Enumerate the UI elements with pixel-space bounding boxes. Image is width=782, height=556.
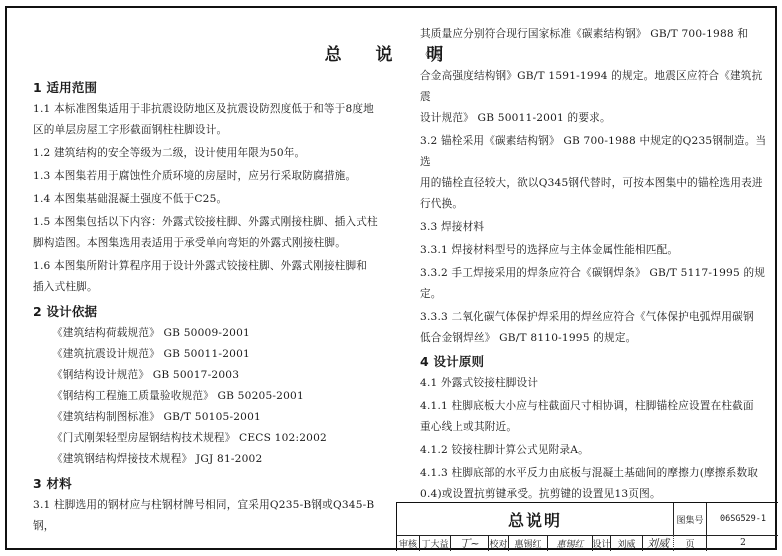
paragraph: 其质量应分别符合现行国家标准《碳素结构钢》 GB/T 700-1988 和《低 [420,24,768,66]
atlas-no: 06SG529-1 [707,503,779,535]
checker-signature: 惠锡红 [548,535,593,551]
checker-name: 惠锡红 [509,535,548,551]
reference-item: 《建筑结构制图标准》 GB/T 50105-2001 [33,407,393,428]
designer-name: 刘威 [611,535,643,551]
paragraph: 3.3.3 二氧化碳气体保护焊采用的焊丝应符合《气体保护电弧焊用碳钢 [420,307,768,328]
paragraph: 1.3 本图集若用于腐蚀性介质环境的房屋时，应另行采取防腐措施。 [33,166,393,187]
designer-signature: 刘威 [643,535,674,551]
section-heading-3: 3 材料 [33,473,393,495]
paragraph: 重心线上或其附近。 [420,417,768,438]
atlas-no-label: 图集号 [674,503,707,535]
right-column: 其质量应分别符合现行国家标准《碳素结构钢》 GB/T 700-1988 和《低 … [420,24,768,505]
checker-label: 校对 [489,535,509,551]
paragraph: 1.5 本图集包括以下内容：外露式铰接柱脚、外露式刚接柱脚、插入式柱 [33,212,393,233]
reference-item: 《钢结构设计规范》 GB 50017-2003 [33,365,393,386]
paragraph: 1.1 本标准图集适用于非抗震设防地区及抗震设防烈度低于和等于8度地 [33,99,393,120]
paragraph: 1.4 本图集基础混凝土强度不低于C25。 [33,189,393,210]
paragraph: 4.1.2 铰接柱脚计算公式见附录A。 [420,440,768,461]
paragraph: 插入式柱脚。 [33,277,393,298]
paragraph: 3.3.2 手工焊接采用的焊条应符合《碳钢焊条》 GB/T 5117-1995 … [420,263,768,284]
paragraph: 3.3.1 焊接材料型号的选择应与主体金属性能相匹配。 [420,240,768,261]
paragraph: 1.6 本图集所附计算程序用于设计外露式铰接柱脚、外露式刚接柱脚和 [33,256,393,277]
left-column: 1 适用范围 1.1 本标准图集适用于非抗震设防地区及抗震设防烈度低于和等于8度… [33,76,393,537]
section-heading-2: 2 设计依据 [33,301,393,323]
paragraph: 3.1 柱脚选用的钢材应与柱钢材牌号相同，宜采用Q235-B钢或Q345-B钢， [33,495,393,537]
reference-item: 《建筑结构荷载规范》 GB 50009-2001 [33,323,393,344]
section-heading-1: 1 适用范围 [33,77,393,99]
reference-item: 《钢结构工程施工质量验收规范》 GB 50205-2001 [33,386,393,407]
paragraph: 定。 [420,284,768,305]
paragraph: 低合金钢焊丝》 GB/T 8110-1995 的规定。 [420,328,768,349]
paragraph: 行代换。 [420,194,768,215]
paragraph: 1.2 建筑结构的安全等级为二级，设计使用年限为50年。 [33,143,393,164]
reference-item: 《建筑抗震设计规范》 GB 50011-2001 [33,344,393,365]
reviewer-label: 审核 [397,535,420,551]
paragraph: 脚构造图。本图集选用表适用于承受单向弯矩的外露式刚接柱脚。 [33,233,393,254]
paragraph: 用的锚栓直径较大，欲以Q345钢代替时，可按本图集中的锚栓选用表进 [420,173,768,194]
paragraph: 4.1.3 柱脚底部的水平反力由底板与混凝土基础间的摩擦力(摩擦系数取 [420,463,768,484]
reviewer-name: 丁大益 [420,535,451,551]
page-number: 2 [707,535,779,551]
paragraph: 3.3 焊接材料 [420,217,768,238]
designer-label: 设计 [593,535,611,551]
section-heading-4: 4 设计原则 [420,351,768,373]
paragraph: 设计规范》 GB 50011-2001 的要求。 [420,108,768,129]
paragraph: 3.2 锚栓采用《碳素结构钢》 GB 700-1988 中规定的Q235钢制造。… [420,131,768,173]
reference-item: 《门式刚架轻型房屋钢结构技术规程》 CECS 102:2002 [33,428,393,449]
paragraph: 区的单层房屋工字形截面钢柱柱脚设计。 [33,120,393,141]
drawing-title: 总说明 [397,503,674,535]
reviewer-signature: 丁~ [451,535,489,551]
paragraph: 合金高强度结构钢》GB/T 1591-1994 的规定。地震区应符合《建筑抗震 [420,66,768,108]
paragraph: 4.1 外露式铰接柱脚设计 [420,373,768,394]
reference-item: 《建筑钢结构焊接技术规程》 JGJ 81-2002 [33,449,393,470]
page-label: 页 [674,535,707,551]
paragraph: 4.1.1 柱脚底板大小应与柱截面尺寸相协调，柱脚锚栓应设置在柱截面 [420,396,768,417]
title-block: 总说明 图集号 06SG529-1 审核 丁大益 丁~ 校对 惠锡红 惠锡红 设… [396,502,778,551]
